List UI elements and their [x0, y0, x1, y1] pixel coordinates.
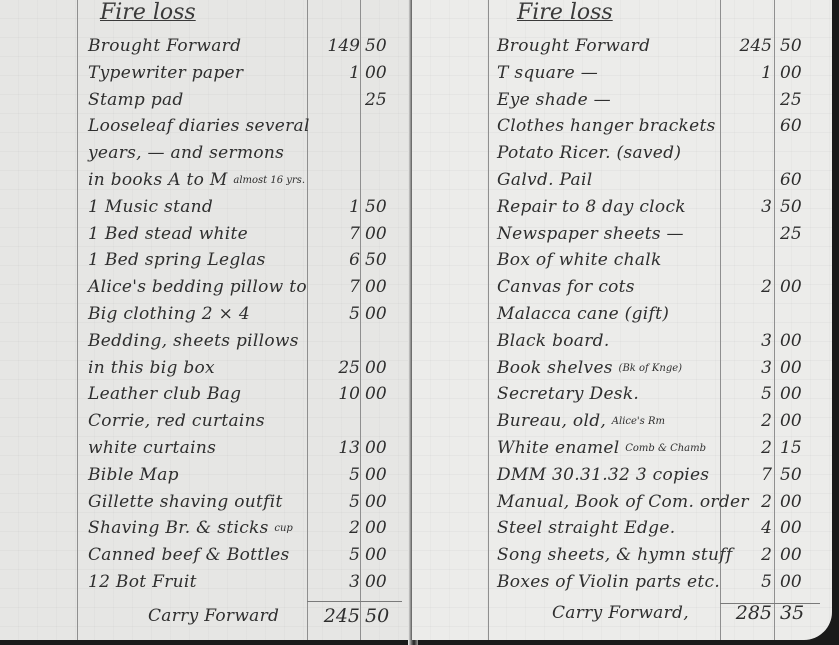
- ledger-row: Gillette shaving outfit500: [0, 490, 410, 515]
- ledger-row: Bible Map500: [0, 463, 410, 488]
- amount-cents: 00: [365, 302, 397, 327]
- item-description: Bedding, sheets pillows: [88, 329, 313, 354]
- amount-cents: 00: [780, 543, 816, 568]
- item-description: Bible Map: [88, 463, 313, 488]
- ledger-row: Galvd. Pail60: [412, 168, 832, 193]
- amount-dollars: 25: [312, 356, 360, 381]
- ledger-row: Bedding, sheets pillows: [0, 329, 410, 354]
- amount-dollars: 2: [712, 490, 772, 515]
- item-description: Box of white chalk: [497, 248, 729, 273]
- carry-forward-row: Carry Forward,28535: [412, 601, 832, 626]
- item-description: T square —: [497, 61, 729, 86]
- ledger-row: Looseleaf diaries several: [0, 114, 410, 139]
- ledger-row: white curtains1300: [0, 436, 410, 461]
- amount-dollars: 7: [312, 222, 360, 247]
- amount-dollars: 3: [312, 570, 360, 595]
- page-title: Fire loss: [517, 0, 613, 25]
- amount-cents: 50: [780, 34, 816, 59]
- item-note: Alice's Rm: [612, 416, 665, 427]
- ledger-row: Brought Forward14950: [0, 34, 410, 59]
- ledger-row: Leather club Bag1000: [0, 382, 410, 407]
- item-description: 1 Bed stead white: [88, 222, 313, 247]
- amount-dollars: 7: [712, 463, 772, 488]
- ledger-row: Newspaper sheets —25: [412, 222, 832, 247]
- amount-dollars: 2: [312, 516, 360, 541]
- item-description: White enamel Comb & Chamb: [497, 436, 729, 461]
- item-description: white curtains: [88, 436, 313, 461]
- amount-cents: 25: [780, 88, 816, 113]
- amount-cents: 25: [780, 222, 816, 247]
- amount-dollars: 2: [712, 409, 772, 434]
- amount-dollars: 2: [712, 275, 772, 300]
- amount-dollars: 5: [312, 490, 360, 515]
- amount-dollars: 149: [312, 34, 360, 59]
- amount-dollars: 5: [712, 382, 772, 407]
- ledger-row: Canvas for cots200: [412, 275, 832, 300]
- amount-dollars: 245: [712, 34, 772, 59]
- amount-cents: 50: [365, 34, 397, 59]
- item-description: Typewriter paper: [88, 61, 313, 86]
- amount-cents: 00: [365, 463, 397, 488]
- item-description: DMM 30.31.32 3 copies: [497, 463, 729, 488]
- amount-dollars: 1: [712, 61, 772, 86]
- ledger-row: Secretary Desk.500: [412, 382, 832, 407]
- item-description: 1 Music stand: [88, 195, 313, 220]
- amount-cents: 15: [780, 436, 816, 461]
- amount-dollars: 4: [712, 516, 772, 541]
- amount-dollars: 5: [312, 463, 360, 488]
- item-description: Eye shade —: [497, 88, 729, 113]
- item-description: Song sheets, & hymn stuff: [497, 543, 729, 568]
- amount-cents: 60: [780, 114, 816, 139]
- item-description: 12 Bot Fruit: [88, 570, 313, 595]
- item-description: Big clothing 2 × 4: [88, 302, 313, 327]
- amount-dollars: 285: [712, 601, 772, 626]
- amount-dollars: 5: [312, 543, 360, 568]
- ledger-row: Stamp pad25: [0, 88, 410, 113]
- item-description: Stamp pad: [88, 88, 313, 113]
- amount-cents: 00: [780, 570, 816, 595]
- ledger-row: Black board.300: [412, 329, 832, 354]
- amount-cents: 00: [780, 275, 816, 300]
- ledger-row: DMM 30.31.32 3 copies750: [412, 463, 832, 488]
- amount-cents: 00: [365, 61, 397, 86]
- item-description: Newspaper sheets —: [497, 222, 729, 247]
- right-ledger-page: Fire loss Brought Forward24550T square —…: [412, 0, 832, 640]
- ledger-row: Bureau, old, Alice's Rm200: [412, 409, 832, 434]
- amount-dollars: 3: [712, 356, 772, 381]
- item-description: 1 Bed spring Leglas: [88, 248, 313, 273]
- amount-cents: 50: [780, 195, 816, 220]
- item-description: Shaving Br. & sticks cup: [88, 516, 313, 541]
- amount-dollars: 2: [712, 436, 772, 461]
- amount-cents: 50: [780, 463, 816, 488]
- ledger-row: 1 Bed spring Leglas650: [0, 248, 410, 273]
- ledger-row: Shaving Br. & sticks cup200: [0, 516, 410, 541]
- item-description: years, — and sermons: [88, 141, 313, 166]
- item-description: Looseleaf diaries several: [88, 114, 313, 139]
- item-description: Corrie, red curtains: [88, 409, 313, 434]
- amount-cents: 00: [780, 516, 816, 541]
- amount-dollars: 245: [312, 604, 360, 629]
- item-description: Canvas for cots: [497, 275, 729, 300]
- item-description: Gillette shaving outfit: [88, 490, 313, 515]
- ledger-row: Repair to 8 day clock350: [412, 195, 832, 220]
- amount-cents: 00: [365, 543, 397, 568]
- ledger-row: in this big box2500: [0, 356, 410, 381]
- item-note: cup: [274, 523, 292, 534]
- amount-cents: 00: [780, 490, 816, 515]
- amount-cents: 00: [365, 570, 397, 595]
- ledger-row: Book shelves (Bk of Knge)300: [412, 356, 832, 381]
- ledger-row: Eye shade —25: [412, 88, 832, 113]
- item-description: Repair to 8 day clock: [497, 195, 729, 220]
- item-description: Secretary Desk.: [497, 382, 729, 407]
- item-description: Leather club Bag: [88, 382, 313, 407]
- item-description: Boxes of Violin parts etc.: [497, 570, 729, 595]
- ledger-row: Song sheets, & hymn stuff200: [412, 543, 832, 568]
- ledger-row: Big clothing 2 × 4500: [0, 302, 410, 327]
- amount-cents: 00: [365, 275, 397, 300]
- amount-cents: 00: [780, 382, 816, 407]
- ledger-row: Alice's bedding pillow to700: [0, 275, 410, 300]
- item-description: in this big box: [88, 356, 313, 381]
- ledger-row: years, — and sermons: [0, 141, 410, 166]
- item-description: Clothes hanger brackets: [497, 114, 729, 139]
- total-underline: [307, 601, 402, 602]
- item-description: Malacca cane (gift): [497, 302, 729, 327]
- amount-dollars: 2: [712, 543, 772, 568]
- amount-dollars: 7: [312, 275, 360, 300]
- amount-dollars: 1: [312, 195, 360, 220]
- item-description: in books A to M almost 16 yrs.: [88, 168, 313, 193]
- ledger-row: Corrie, red curtains: [0, 409, 410, 434]
- item-note: (Bk of Knge): [619, 363, 683, 374]
- item-description: Bureau, old, Alice's Rm: [497, 409, 729, 434]
- item-description: Steel straight Edge.: [497, 516, 729, 541]
- ledger-row: T square —100: [412, 61, 832, 86]
- amount-cents: 00: [365, 490, 397, 515]
- carry-forward-row: Carry Forward24550: [0, 604, 410, 629]
- item-note: almost 16 yrs.: [233, 175, 305, 186]
- amount-cents: 50: [365, 248, 397, 273]
- item-note: Comb & Chamb: [625, 443, 706, 454]
- ledger-row: Boxes of Violin parts etc.500: [412, 570, 832, 595]
- left-ledger-page: Fire loss Brought Forward14950Typewriter…: [0, 0, 410, 640]
- ledger-row: 1 Bed stead white700: [0, 222, 410, 247]
- amount-dollars: 13: [312, 436, 360, 461]
- ledger-row: Box of white chalk: [412, 248, 832, 273]
- amount-cents: 60: [780, 168, 816, 193]
- amount-cents: 00: [780, 61, 816, 86]
- amount-cents: 00: [365, 516, 397, 541]
- amount-cents: 00: [365, 356, 397, 381]
- item-description: Manual, Book of Com. order: [497, 490, 729, 515]
- ledger-row: Potato Ricer. (saved): [412, 141, 832, 166]
- amount-dollars: 1: [312, 61, 360, 86]
- amount-cents: 35: [780, 601, 816, 626]
- amount-cents: 00: [780, 409, 816, 434]
- ledger-row: Clothes hanger brackets60: [412, 114, 832, 139]
- amount-dollars: 5: [312, 302, 360, 327]
- amount-cents: 50: [365, 604, 397, 629]
- amount-cents: 00: [365, 382, 397, 407]
- amount-cents: 50: [365, 195, 397, 220]
- item-description: Book shelves (Bk of Knge): [497, 356, 729, 381]
- ledger-row: White enamel Comb & Chamb215: [412, 436, 832, 461]
- amount-cents: 00: [780, 329, 816, 354]
- ledger-row: Canned beef & Bottles500: [0, 543, 410, 568]
- ledger-row: Steel straight Edge.400: [412, 516, 832, 541]
- ledger-row: Brought Forward24550: [412, 34, 832, 59]
- item-description: Galvd. Pail: [497, 168, 729, 193]
- ledger-row: in books A to M almost 16 yrs.: [0, 168, 410, 193]
- amount-dollars: 3: [712, 195, 772, 220]
- amount-cents: 00: [780, 356, 816, 381]
- ledger-row: Manual, Book of Com. order200: [412, 490, 832, 515]
- amount-dollars: 10: [312, 382, 360, 407]
- ledger-row: Typewriter paper100: [0, 61, 410, 86]
- item-description: Black board.: [497, 329, 729, 354]
- item-description: Alice's bedding pillow to: [88, 275, 313, 300]
- item-description: Canned beef & Bottles: [88, 543, 313, 568]
- amount-cents: 25: [365, 88, 397, 113]
- amount-dollars: 3: [712, 329, 772, 354]
- item-description: Brought Forward: [88, 34, 313, 59]
- amount-dollars: 6: [312, 248, 360, 273]
- amount-cents: 00: [365, 436, 397, 461]
- item-description: Potato Ricer. (saved): [497, 141, 729, 166]
- ledger-row: 1 Music stand150: [0, 195, 410, 220]
- page-title: Fire loss: [100, 0, 196, 25]
- item-description: Brought Forward: [497, 34, 729, 59]
- amount-dollars: 5: [712, 570, 772, 595]
- amount-cents: 00: [365, 222, 397, 247]
- ledger-row: 12 Bot Fruit300: [0, 570, 410, 595]
- total-underline: [720, 603, 820, 604]
- ledger-row: Malacca cane (gift): [412, 302, 832, 327]
